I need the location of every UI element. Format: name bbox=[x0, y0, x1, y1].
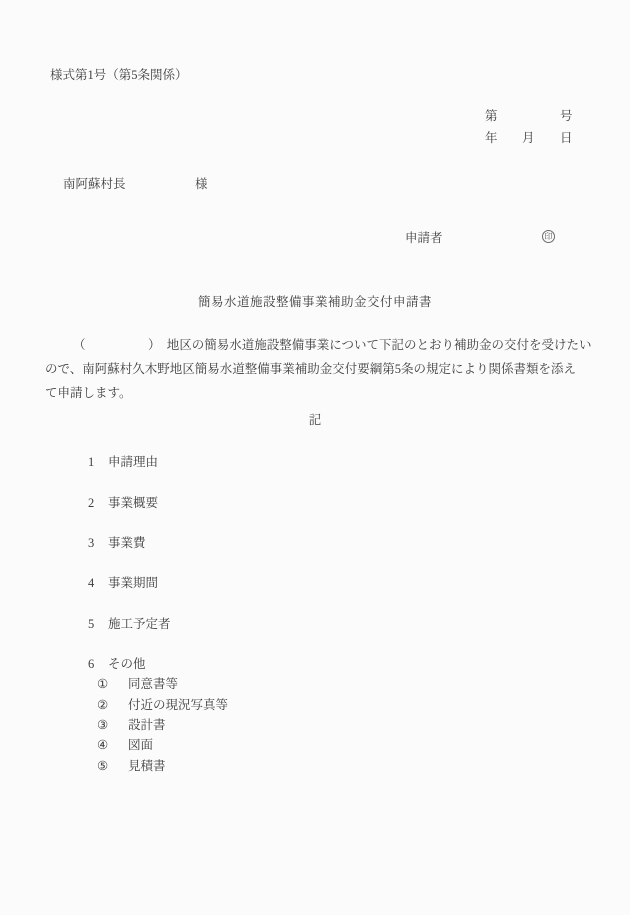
list-item-number: 4 bbox=[88, 576, 108, 590]
sub-list-item: ①同意書等 bbox=[97, 677, 178, 691]
list-item: 6その他 bbox=[88, 657, 146, 671]
sub-item-number: ① bbox=[97, 677, 128, 691]
sub-item-label: 図面 bbox=[128, 738, 153, 752]
date-day-label: 日 bbox=[560, 131, 573, 145]
sub-list-item: ④図面 bbox=[97, 738, 153, 752]
form-number-label: 様式第1号（第5条関係） bbox=[50, 68, 188, 82]
sub-item-label: 同意書等 bbox=[128, 677, 178, 691]
list-item-label: 事業期間 bbox=[108, 576, 158, 590]
sub-list-item: ②付近の現況写真等 bbox=[97, 698, 228, 712]
list-item-label: 申請理由 bbox=[108, 455, 158, 469]
list-item-number: 3 bbox=[88, 536, 108, 550]
list-item: 4事業期間 bbox=[88, 576, 158, 590]
date-year-label: 年 bbox=[485, 131, 498, 145]
date-month-label: 月 bbox=[522, 131, 535, 145]
list-item-number: 6 bbox=[88, 657, 108, 671]
seal-character: 印 bbox=[545, 233, 553, 241]
body-line-1: （ ） 地区の簡易水道施設整備事業について下記のとおり補助金の交付を受けたい bbox=[45, 333, 593, 357]
addressee-name: 南阿蘇村長 bbox=[63, 177, 126, 191]
document-title: 簡易水道施設整備事業補助金交付申請書 bbox=[0, 295, 630, 309]
sub-list-item: ⑤見積書 bbox=[97, 759, 166, 773]
list-item: 5施工予定者 bbox=[88, 617, 171, 631]
list-item-label: 施工予定者 bbox=[108, 617, 171, 631]
section-marker-ki: 記 bbox=[0, 413, 630, 427]
seal-mark-icon: 印 bbox=[542, 230, 555, 243]
list-item: 3事業費 bbox=[88, 536, 146, 550]
body-line-2: ので、南阿蘇村久木野地区簡易水道整備事業補助金交付要綱第5条の規定により関係書類… bbox=[45, 357, 593, 381]
sub-list-item: ③設計書 bbox=[97, 718, 166, 732]
list-item-number: 1 bbox=[88, 455, 108, 469]
list-item: 1申請理由 bbox=[88, 455, 158, 469]
list-item-label: 事業概要 bbox=[108, 496, 158, 510]
sub-item-label: 設計書 bbox=[128, 718, 166, 732]
doc-number-prefix: 第 bbox=[485, 109, 498, 123]
doc-number-suffix: 号 bbox=[560, 109, 573, 123]
sub-item-number: ⑤ bbox=[97, 759, 128, 773]
list-item-label: その他 bbox=[108, 657, 146, 671]
list-item-number: 2 bbox=[88, 496, 108, 510]
list-item-label: 事業費 bbox=[108, 536, 146, 550]
body-line-3: て申請します。 bbox=[45, 381, 593, 405]
sub-item-number: ③ bbox=[97, 718, 128, 732]
sub-item-label: 見積書 bbox=[128, 759, 166, 773]
addressee-honorific: 様 bbox=[195, 177, 208, 191]
sub-item-label: 付近の現況写真等 bbox=[128, 698, 228, 712]
list-item: 2事業概要 bbox=[88, 496, 158, 510]
list-item-number: 5 bbox=[88, 617, 108, 631]
sub-item-number: ④ bbox=[97, 738, 128, 752]
applicant-label: 申請者 bbox=[405, 231, 443, 245]
sub-item-number: ② bbox=[97, 698, 128, 712]
document-page: 様式第1号（第5条関係） 第 号 年 月 日 南阿蘇村長 様 申請者 印 簡易水… bbox=[0, 0, 630, 915]
body-paragraph: （ ） 地区の簡易水道施設整備事業について下記のとおり補助金の交付を受けたい の… bbox=[45, 333, 593, 405]
